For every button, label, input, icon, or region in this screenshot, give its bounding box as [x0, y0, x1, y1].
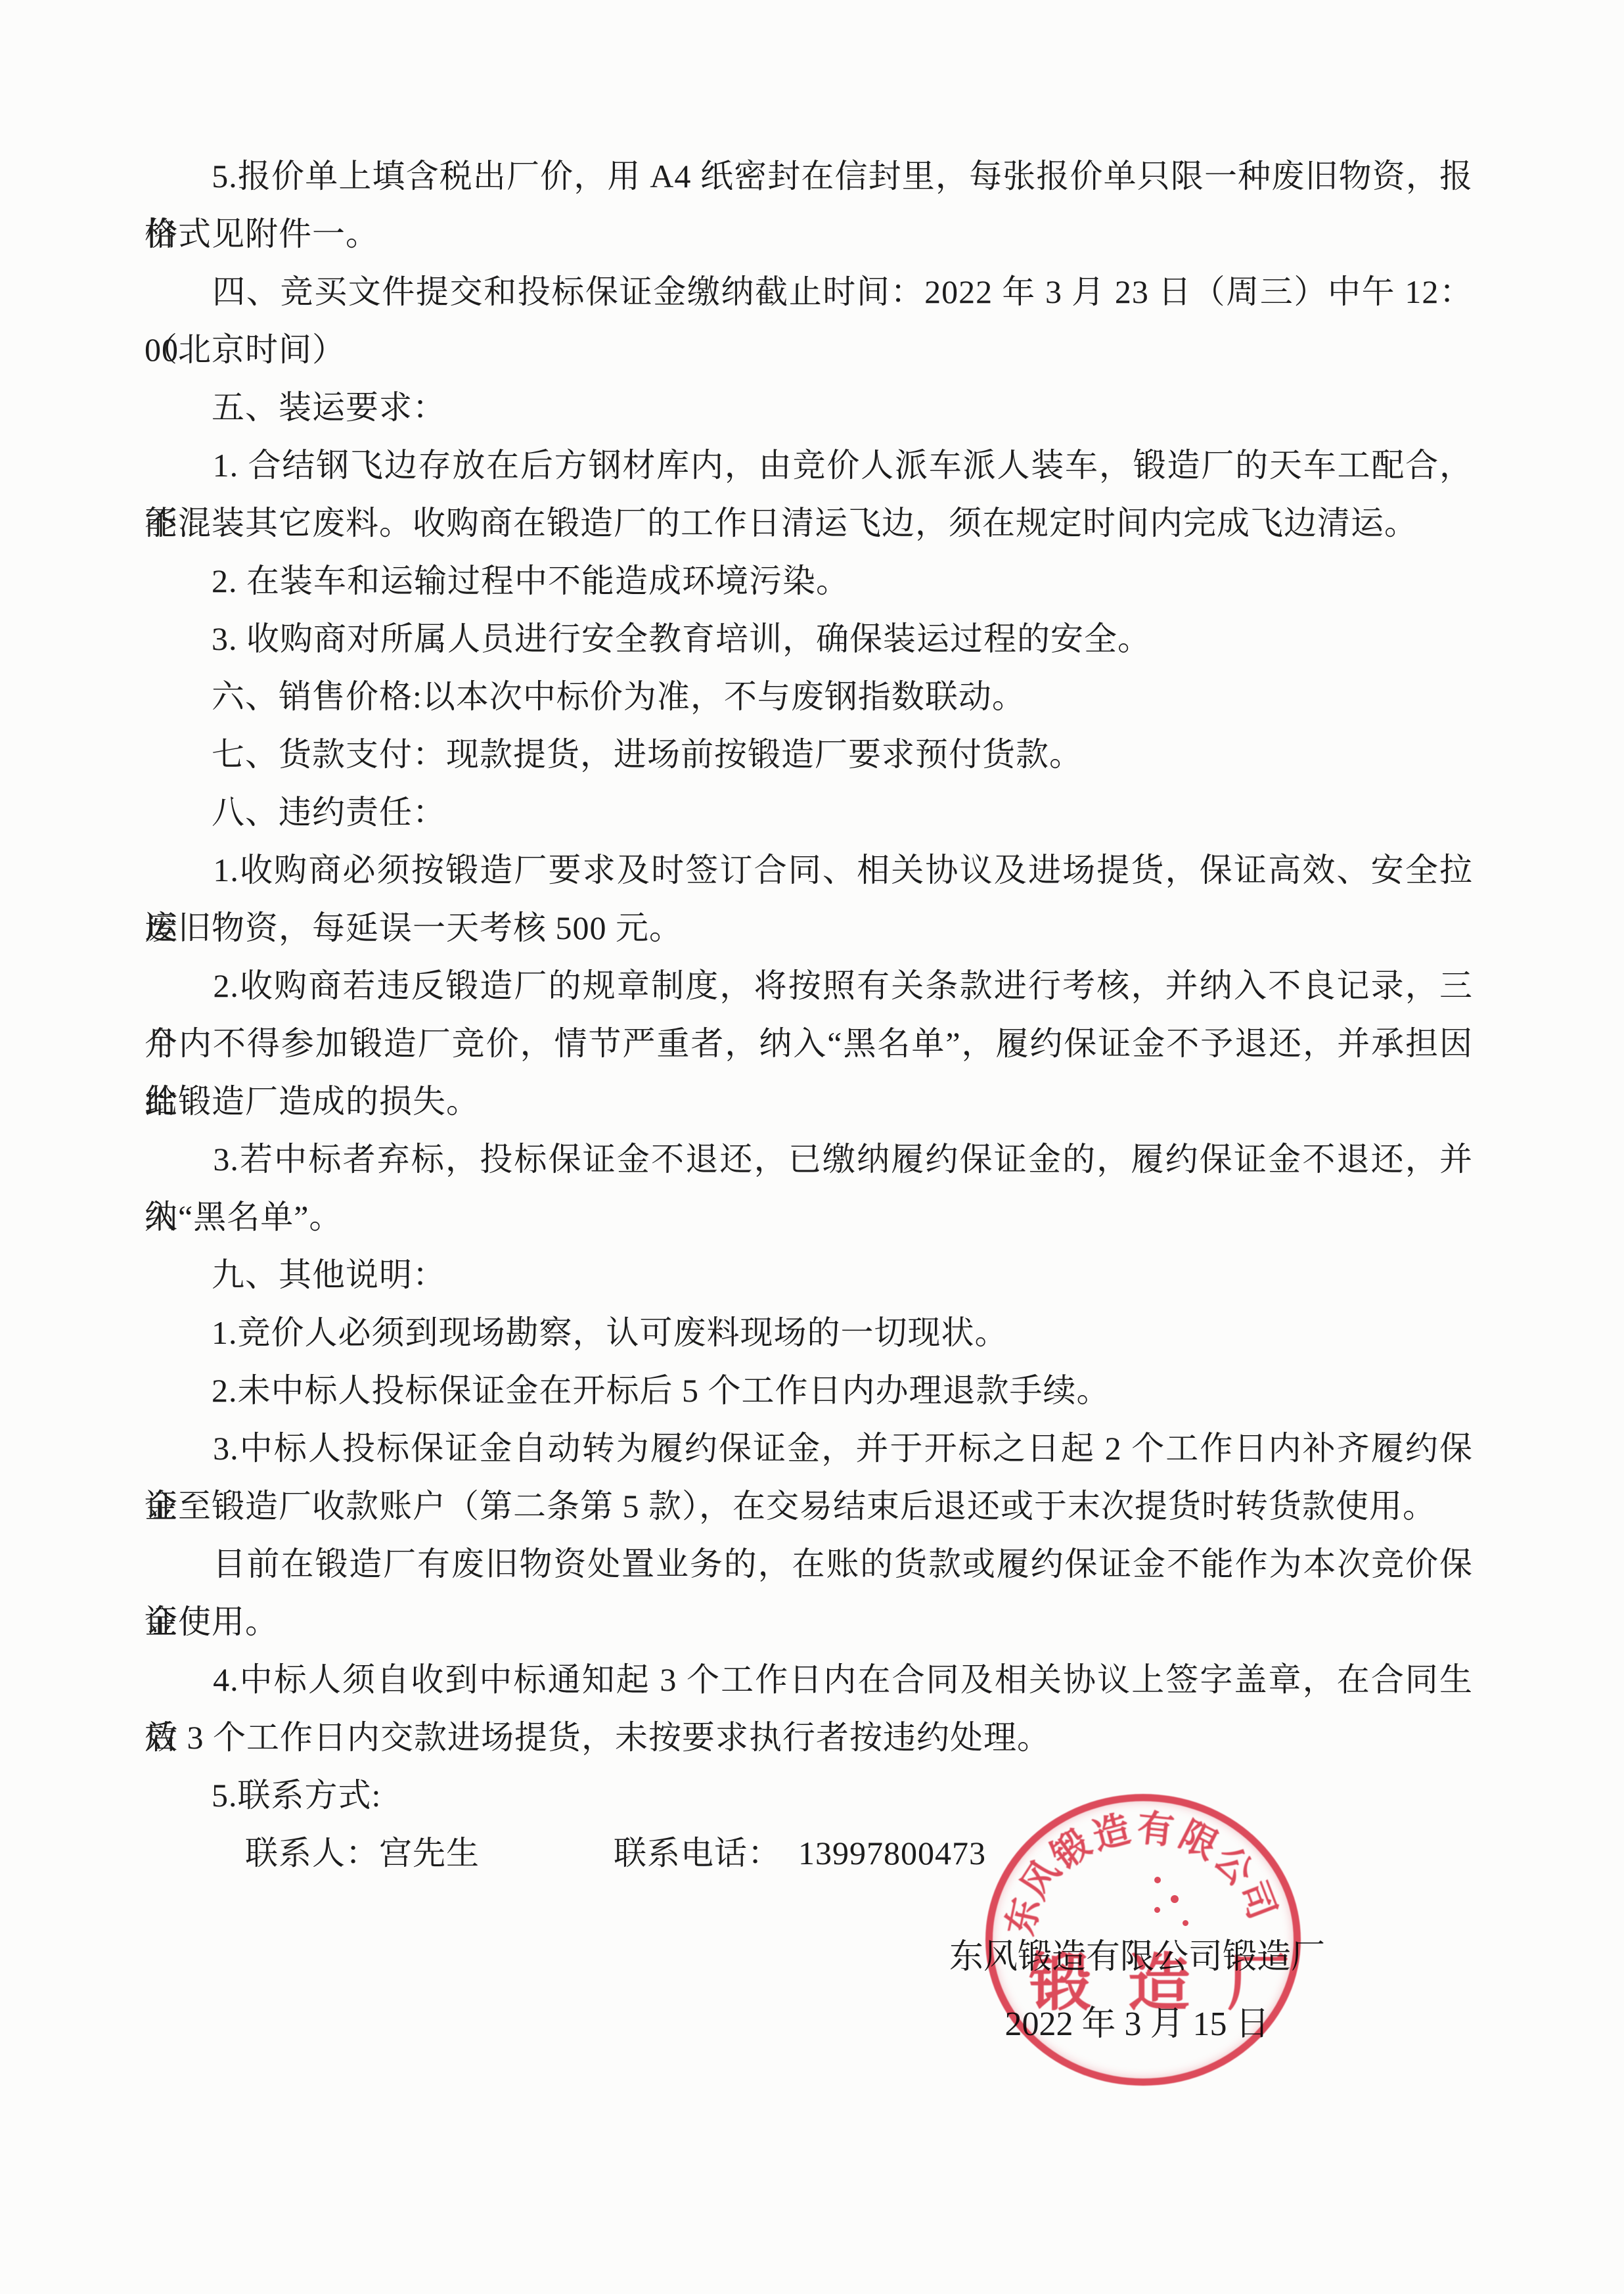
- text-line: 月内不得参加锻造厂竞价，情节严重者，纳入“黑名单”，履约保证金不予退还，并承担因…: [145, 1015, 1473, 1072]
- text-line: 五、装运要求：: [145, 379, 1473, 436]
- seal-dot: [1183, 1920, 1188, 1926]
- text-line: 2.未中标人投标保证金在开标后 5 个工作日内办理退款手续。: [145, 1362, 1473, 1419]
- text-line: 金使用。: [145, 1593, 1473, 1651]
- signature-block: 东风锻造有限公司锻造厂 2022 年 3 月 15 日: [947, 1940, 1327, 2042]
- text-line: 四、竞买文件提交和投标保证金缴纳截止时间：2022 年 3 月 23 日（周三）…: [145, 263, 1473, 321]
- text-line: 给锻造厂造成的损失。: [145, 1072, 1473, 1130]
- text-line: 联系人：宫先生 联系电话： 13997800473: [145, 1824, 1473, 1882]
- text-line: 3. 收购商对所属人员进行安全教育培训，确保装运过程的安全。: [145, 610, 1473, 668]
- text-line: 4.中标人须自收到中标通知起 3 个工作日内在合同及相关协议上签字盖章，在合同生…: [145, 1651, 1473, 1709]
- text-line: 2. 在装车和运输过程中不能造成环境污染。: [145, 552, 1473, 610]
- text-line: 1.竞价人必须到现场勘察，认可废料现场的一切现状。: [145, 1304, 1473, 1362]
- text-line: 七、货款支付：现款提货，进场前按锻造厂要求预付货款。: [145, 725, 1473, 783]
- text-line: 5.联系方式:: [145, 1766, 1473, 1824]
- seal-dot: [1171, 1895, 1179, 1903]
- signature-company: 东风锻造有限公司锻造厂: [947, 1940, 1327, 1975]
- text-line: 5.报价单上填含税出厂价，用 A4 纸密封在信封里，每张报价单只限一种废旧物资，…: [145, 147, 1473, 205]
- seal-arc-char: 司: [1231, 1875, 1282, 1926]
- text-line: 九、其他说明：: [145, 1246, 1473, 1304]
- text-line: 八、违约责任：: [145, 783, 1473, 841]
- scanned-document-page: 5.报价单上填含税出厂价，用 A4 纸密封在信封里，每张报价单只限一种废旧物资，…: [0, 0, 1624, 2294]
- text-line: （北京时间）: [145, 321, 1473, 379]
- text-line: 1. 合结钢飞边存放在后方钢材库内，由竞价人派车派人装车，锻造厂的天车工配合，不: [145, 436, 1473, 494]
- text-line: 1.收购商必须按锻造厂要求及时签订合同、相关协议及进场提货，保证高效、安全拉运: [145, 841, 1473, 899]
- text-line: 3.若中标者弃标，投标保证金不退还，已缴纳履约保证金的，履约保证金不退还，并纳: [145, 1130, 1473, 1188]
- text-line: 废旧物资，每延误一天考核 500 元。: [145, 899, 1473, 957]
- seal-arc-char: 东: [1001, 1893, 1047, 1940]
- text-line: 能混装其它废料。收购商在锻造厂的工作日清运飞边，须在规定时间内完成飞边清运。: [145, 494, 1473, 552]
- text-line: 3.中标人投标保证金自动转为履约保证金，并于开标之日起 2 个工作日内补齐履约保…: [145, 1419, 1473, 1477]
- text-line: 格式见附件一。: [145, 205, 1473, 263]
- signature-date: 2022 年 3 月 15 日: [947, 2007, 1327, 2042]
- text-line: 入“黑名单”。: [145, 1188, 1473, 1246]
- document-body: 5.报价单上填含税出厂价，用 A4 纸密封在信封里，每张报价单只限一种废旧物资，…: [145, 0, 1473, 1882]
- text-line: 后 3 个工作日内交款进场提货，未按要求执行者按违约处理。: [145, 1709, 1473, 1766]
- text-line: 目前在锻造厂有废旧物资处置业务的，在账的货款或履约保证金不能作为本次竞价保证: [145, 1535, 1473, 1593]
- seal-dot: [1154, 1907, 1160, 1913]
- text-line: 六、销售价格:以本次中标价为准，不与废钢指数联动。: [145, 668, 1473, 725]
- text-line: 2.收购商若违反锻造厂的规章制度，将按照有关条款进行考核，并纳入不良记录，三个: [145, 957, 1473, 1015]
- text-line: 金至锻造厂收款账户（第二条第 5 款），在交易结束后退还或于末次提货时转货款使用…: [145, 1477, 1473, 1535]
